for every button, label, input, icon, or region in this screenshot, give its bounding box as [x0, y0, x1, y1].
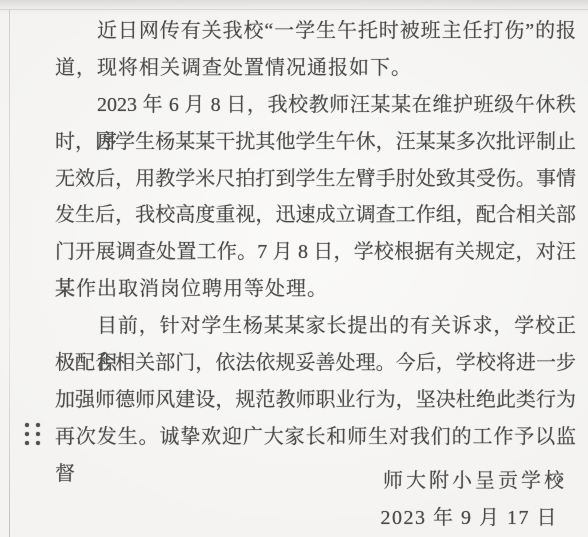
notice-line: 某作出取消岗位聘用等处理。: [55, 271, 576, 308]
notice-line: 无效后，用教学米尺拍打到学生左臂手肘处致其受伤。事情: [55, 161, 576, 198]
notice-line: 2023 年 6 月 8 日，我校教师汪某某在维护班级午休秩序: [55, 87, 576, 124]
six-dots-margin-mark: [25, 423, 40, 445]
notice-line: 发生后，我校高度重视，迅速成立调查工作组，配合相关部: [55, 197, 576, 234]
notice-paragraph-intro: 近日网传有关我校“一学生午托时被班主任打伤”的报 道，现将相关调查处置情况通报如…: [55, 13, 576, 87]
notice-line: 加强师德师风建设，规范教师职业行为，坚决杜绝此类行为: [55, 382, 576, 419]
notice-line: 时，因学生杨某某干扰其他学生午休，汪某某多次批评制止: [55, 124, 576, 161]
notice-paragraph-followup: 目前，针对学生杨某某家长提出的有关诉求，学校正积 极配合相关部门，依法依规妥善处…: [55, 308, 576, 456]
notice-line: 门开展调查处置工作。7 月 8 日，学校根据有关规定，对汪某: [55, 234, 576, 271]
notice-line: 极配合相关部门，依法依规妥善处理。今后，学校将进一步: [55, 345, 576, 382]
notice-line: 道，现将相关调查处置情况通报如下。: [55, 50, 576, 87]
notice-paragraph-incident: 2023 年 6 月 8 日，我校教师汪某某在维护班级午休秩序 时，因学生杨某某…: [55, 87, 576, 308]
photo-edge-top: [0, 9, 588, 10]
notice-line: 近日网传有关我校“一学生午托时被班主任打伤”的报: [55, 13, 576, 50]
photo-edge-left: [9, 10, 10, 537]
notice-document: 近日网传有关我校“一学生午托时被班主任打伤”的报 道，现将相关调查处置情况通报如…: [55, 13, 576, 536]
notice-line: 目前，针对学生杨某某家长提出的有关诉求，学校正积: [55, 308, 576, 345]
signature-date: 2023 年 9 月 17 日: [55, 500, 576, 537]
notice-line: 再次发生。诚挚欢迎广大家长和师生对我们的工作予以监督。: [55, 419, 576, 456]
